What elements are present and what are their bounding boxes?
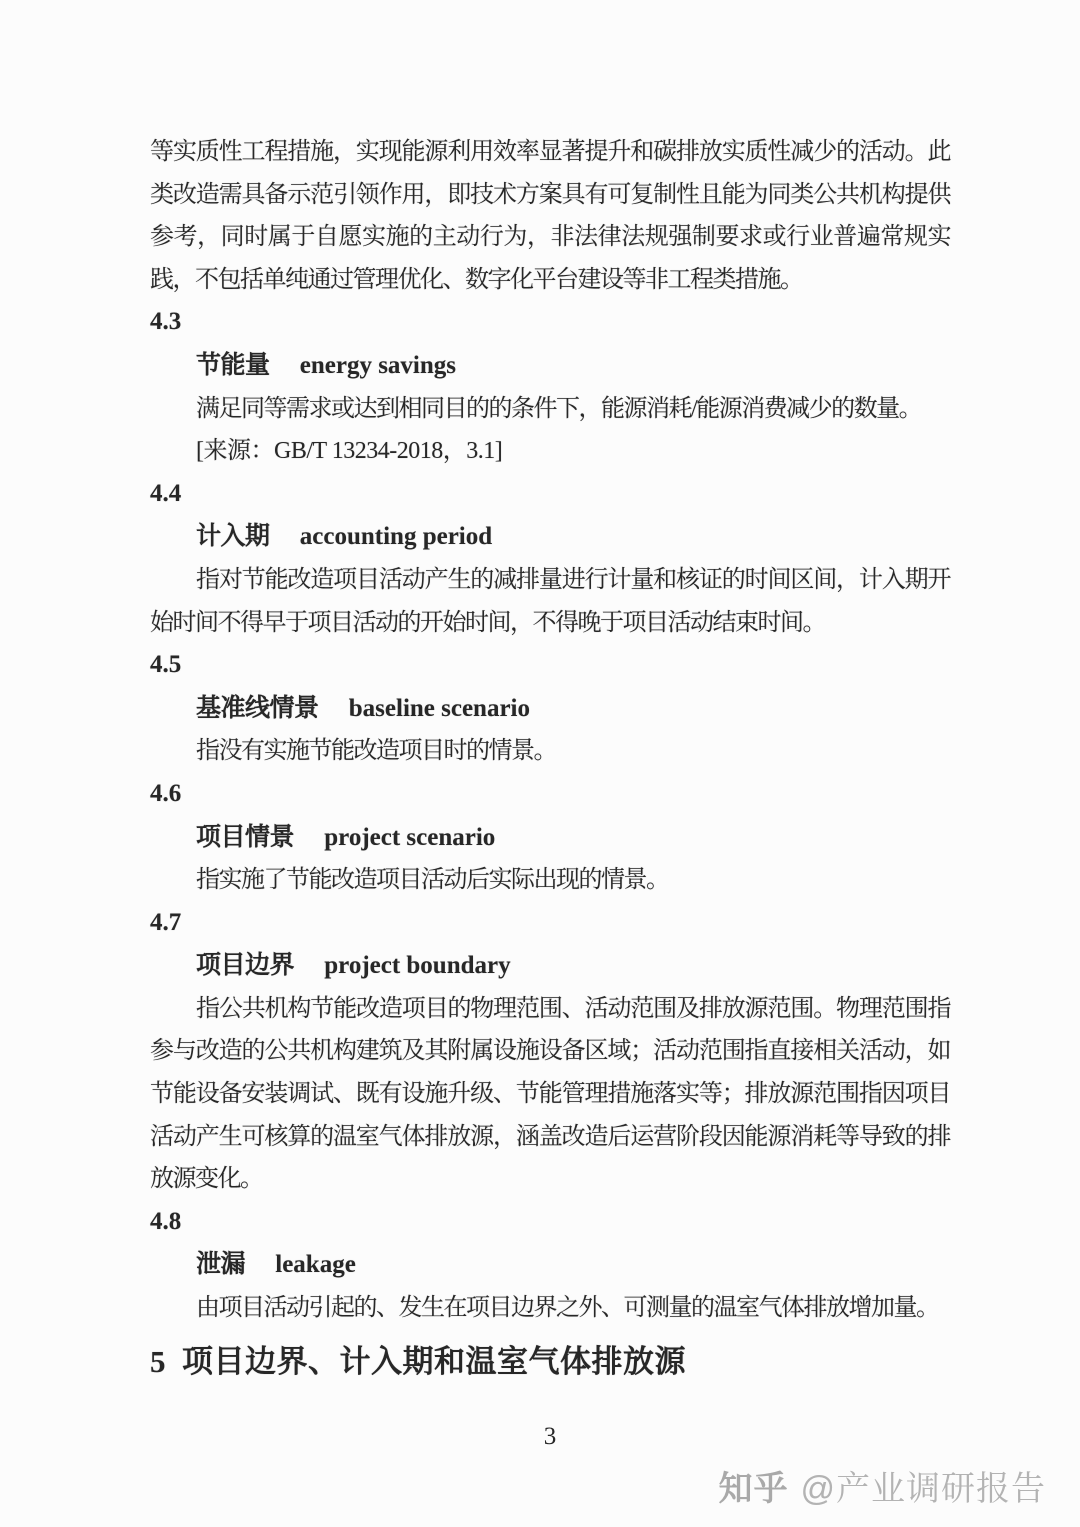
section-4-4: 4.4 计入期 accounting period 指对节能改造项目活动产生的减… [150,473,950,644]
section-number: 4.5 [150,644,950,687]
definition-paragraph: 满足同等需求或达到相同目的的条件下，能源消耗/能源消费减少的数量。 [150,388,950,431]
watermark-handle: @产业调研报告 [800,1470,1046,1508]
document-page: 等实质性工程措施，实现能源利用效率显著提升和碳排放实质性减少的活动。此类改造需具… [0,0,1080,1527]
term-chinese: 项目情景 [196,823,294,851]
term-heading: 节能量 energy savings [150,344,950,388]
section-number: 4.7 [150,902,950,945]
term-chinese: 项目边界 [196,951,294,979]
term-english: project scenario [324,824,495,851]
term-chinese: 节能量 [196,351,270,379]
term-heading: 泄漏 leakage [150,1243,950,1287]
page-number: 3 [150,1423,950,1451]
section-number: 4.6 [150,773,950,816]
section-4-6: 4.6 项目情景 project scenario 指实施了节能改造项目活动后实… [150,773,950,902]
term-heading: 项目边界 project boundary [150,944,950,988]
term-heading: 计入期 accounting period [150,515,950,559]
term-english: project boundary [324,952,510,979]
term-chinese: 计入期 [196,522,270,550]
term-english: energy savings [300,352,456,379]
definition-paragraph: 指没有实施节能改造项目时的情景。 [150,730,950,773]
definition-paragraph: 指对节能改造项目活动产生的减排量进行计量和核证的时间区间，计入期开始时间不得早于… [150,559,950,644]
term-english: baseline scenario [349,695,530,722]
term-heading: 基准线情景 baseline scenario [150,687,950,731]
intro-paragraph: 等实质性工程措施，实现能源利用效率显著提升和碳排放实质性减少的活动。此类改造需具… [150,131,950,301]
chapter-number: 5 [150,1344,166,1379]
definition-paragraph: 指实施了节能改造项目活动后实际出现的情景。 [150,859,950,902]
definition-paragraph: 指公共机构节能改造项目的物理范围、活动范围及排放源范围。物理范围指参与改造的公共… [150,988,950,1201]
section-4-5: 4.5 基准线情景 baseline scenario 指没有实施节能改造项目时… [150,644,950,773]
chapter-heading: 5项目边界、计入期和温室气体排放源 [150,1338,950,1385]
watermark: 知乎@产业调研报告 [718,1465,1046,1513]
term-chinese: 基准线情景 [196,694,319,722]
source-note: [来源：GB/T 13234-2018，3.1] [150,430,950,473]
term-english: leakage [275,1251,356,1278]
section-number: 4.3 [150,301,950,344]
chapter-title: 项目边界、计入期和温室气体排放源 [182,1344,686,1379]
section-number: 4.8 [150,1201,950,1244]
zhihu-logo: 知乎 [718,1470,788,1508]
section-number: 4.4 [150,473,950,516]
section-4-7: 4.7 项目边界 project boundary 指公共机构节能改造项目的物理… [150,902,950,1201]
definition-paragraph: 由项目活动引起的、发生在项目边界之外、可测量的温室气体排放增加量。 [150,1287,950,1330]
section-4-3: 4.3 节能量 energy savings 满足同等需求或达到相同目的的条件下… [150,301,950,472]
term-english: accounting period [300,523,492,550]
term-heading: 项目情景 project scenario [150,816,950,860]
section-4-8: 4.8 泄漏 leakage 由项目活动引起的、发生在项目边界之外、可测量的温室… [150,1201,950,1330]
term-chinese: 泄漏 [196,1250,245,1278]
